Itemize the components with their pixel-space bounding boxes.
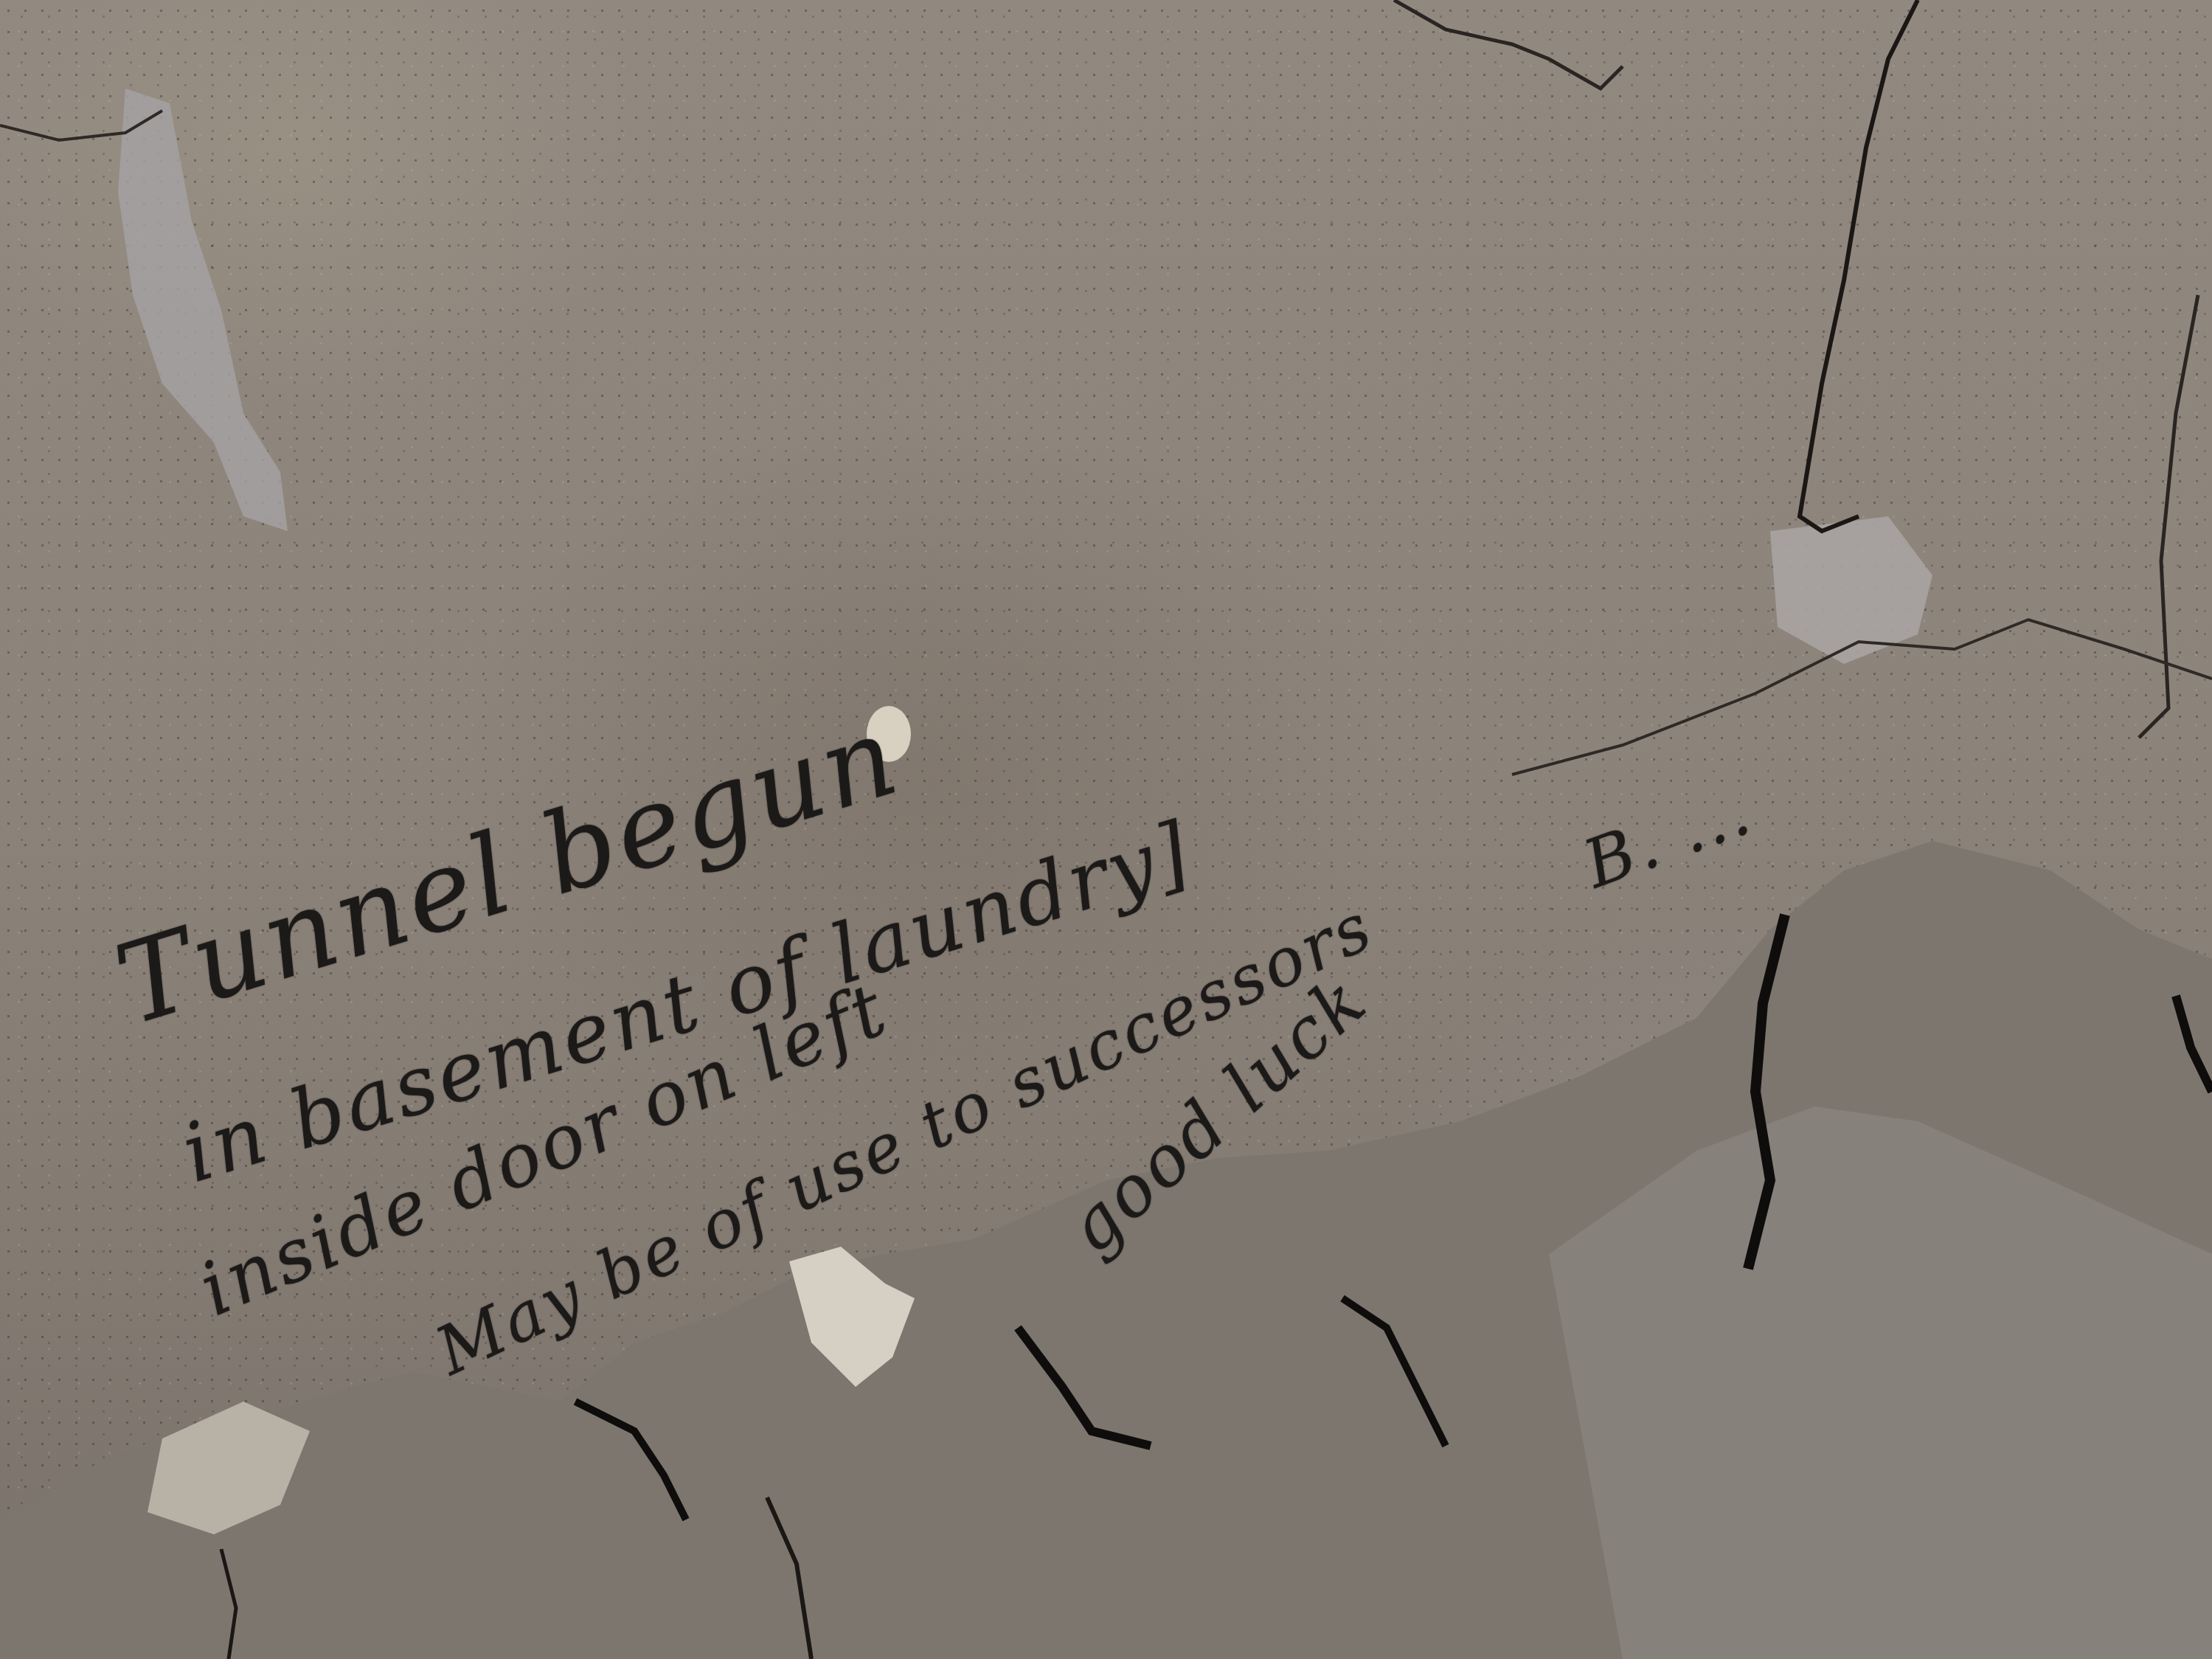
peeled-patch-left: [118, 89, 288, 531]
crack-top: [1394, 0, 1623, 89]
crack-right-vertical: [1800, 0, 1918, 531]
wall-photo: Tunnel begun in basement of laundry] ins…: [0, 0, 2212, 1659]
peeled-patch-right: [1770, 516, 1932, 664]
crack-diagonal: [1512, 620, 2212, 775]
